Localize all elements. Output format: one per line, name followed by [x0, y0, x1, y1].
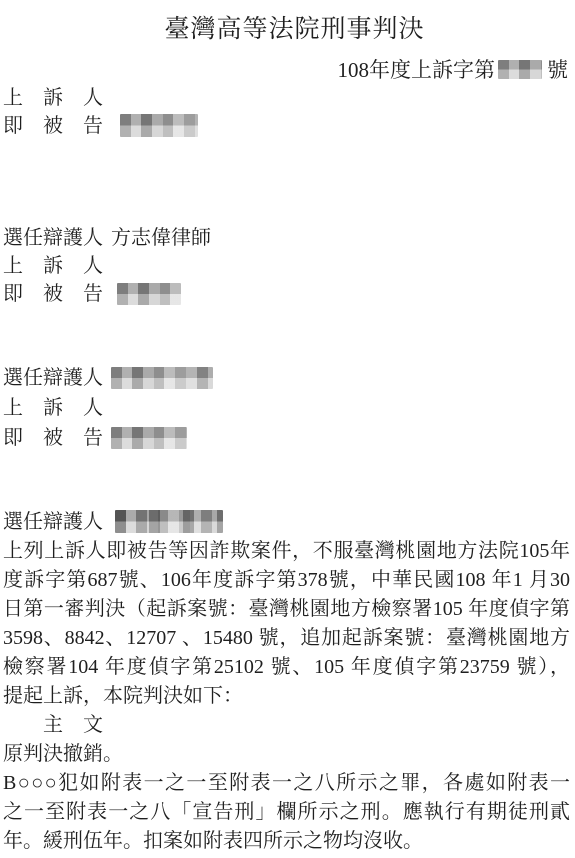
judgment-paragraph-line: 上列上訴人即被告等因詐欺案件，不服臺灣桃園地方法院105年: [3, 537, 570, 565]
defendant-label: 即 被 告: [3, 427, 103, 449]
verdict-line: 原判決撤銷。: [3, 740, 570, 768]
defendant-line: 即 被 告: [3, 112, 570, 140]
appellant-label: 上 訴 人: [3, 394, 570, 422]
document-title: 臺灣高等法院刑事判決: [3, 12, 570, 48]
judgment-paragraph-line: 提起上訴，本院判決如下：: [3, 682, 570, 710]
counsel-label: 選任辯護人: [3, 367, 103, 389]
defendant-label: 即 被 告: [3, 283, 103, 305]
counsel-name: 方志偉律師: [111, 227, 211, 249]
redaction-defendant-name-1: [120, 114, 198, 137]
counsel-line: 選任辯護人: [3, 364, 570, 392]
redaction-defendant-name-2: [117, 283, 181, 305]
counsel-line: 選任辯護人方志偉律師: [3, 224, 570, 252]
appellant-label: 上 訴 人: [3, 252, 570, 280]
judgment-paragraph-line: 檢察署104 年度偵字第25102 號、105 年度偵字第23759 號），: [3, 653, 570, 681]
redaction-counsel-name-2: [111, 367, 213, 389]
case-number-line: 108年度上訴字第號: [3, 56, 570, 84]
redaction-defendant-name-3: [111, 427, 187, 449]
defendant-line: 即 被 告: [3, 424, 570, 452]
redaction-counsel-name-3: [115, 510, 223, 533]
defendant-label: 即 被 告: [3, 115, 103, 137]
case-number-suffix: 號: [547, 58, 568, 82]
counsel-line: 選任辯護人: [3, 508, 570, 536]
case-number-prefix: 108年度上訴字第: [338, 58, 496, 82]
verdict-line: 之一至附表一之八「宣告刑」欄所示之刑。應執行有期徒刑貳: [3, 798, 570, 826]
defendant-line: 即 被 告: [3, 280, 570, 308]
redaction-case-number: [498, 60, 542, 79]
counsel-label: 選任辯護人: [3, 511, 103, 533]
judgment-paragraph-line: 度訴字第687號、106年度訴字第378號，中華民國108 年1 月30: [3, 566, 570, 594]
verdict-line: B○○○犯如附表一之一至附表一之八所示之罪，各處如附表一: [3, 769, 570, 797]
verdict-line: 年。緩刑伍年。扣案如附表四所示之物均沒收。: [3, 827, 570, 855]
counsel-label: 選任辯護人: [3, 227, 103, 249]
judgment-paragraph-line: 3598、8842、12707 、15480 號，追加起訴案號：臺灣桃園地方: [3, 624, 570, 652]
judgment-paragraph-line: 日第一審判決（起訴案號：臺灣桃園地方檢察署105 年度偵字第: [3, 595, 570, 623]
main-text-heading: 主 文: [3, 711, 570, 739]
appellant-label: 上 訴 人: [3, 84, 570, 112]
court-judgment-document: 臺灣高等法院刑事判決 108年度上訴字第號 上 訴 人 即 被 告 選任辯護人方…: [0, 0, 575, 858]
